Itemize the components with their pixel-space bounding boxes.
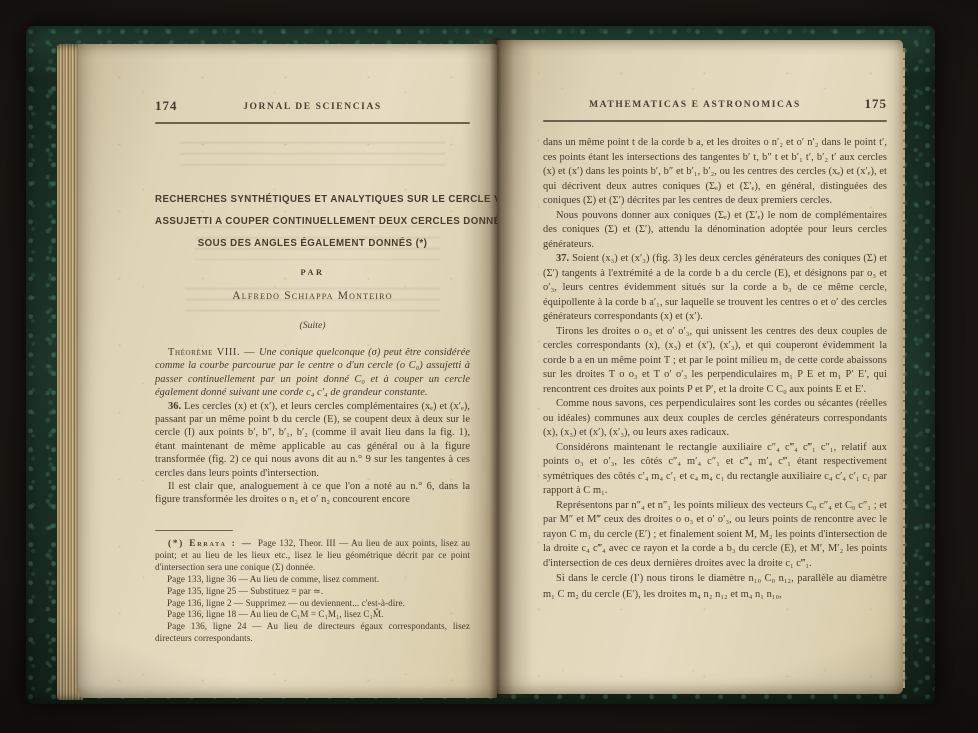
running-header: JORNAL DE SCIENCIAS [155, 102, 470, 112]
right-page: MATHEMATICAS E ASTRONOMICAS 175 dans un … [497, 40, 903, 694]
header-rule [543, 120, 887, 122]
body-paragraph: Tirons les droites o o₃ et o′ o′₃, qui u… [543, 325, 887, 398]
right-page-text-column: MATHEMATICAS E ASTRONOMICAS 175 dans un … [543, 96, 887, 676]
running-header: MATHEMATICAS E ASTRONOMICAS [543, 100, 847, 110]
paragraph-text: Les cercles (x) et (x′), et leurs cercle… [155, 401, 470, 479]
footnote-line: Page 136, ligne 24 — Au lieu de directeu… [155, 621, 470, 645]
theorem-paragraph: Théorème VIII. — Une conique quelconque … [155, 346, 470, 400]
left-body-text: Théorème VIII. — Une conique quelconque … [155, 346, 470, 507]
paragraph-text: Si dans le cercle (I′) nous tirons le di… [543, 573, 887, 600]
paragraph-text: Nous pouvons donner aux coniques (Σₑ) et… [543, 210, 887, 250]
footnote-line: Page 133, ligne 36 — Au lieu de comme, l… [155, 574, 470, 586]
footnote-line: Page 135, ligne 25 — Substituez = par ≃. [155, 586, 470, 598]
paragraph-number: 36. [168, 401, 184, 412]
suite-note: (Suite) [155, 320, 470, 331]
article-title-line-2: ASSUJETTI A COUPER CONTINUELLEMENT DEUX … [155, 216, 470, 227]
open-book-photo: 174 JORNAL DE SCIENCIAS RECHERCHES SYNTH… [0, 0, 978, 733]
show-through-text [180, 142, 445, 168]
article-title-line-3: SOUS DES ANGLES ÉGALEMENT DONNÉS (*) [155, 238, 470, 249]
body-paragraph-36: 36. Les cercles (x) et (x′), et leurs ce… [155, 400, 470, 480]
body-paragraph: Nous pouvons donner aux coniques (Σₑ) et… [543, 209, 887, 253]
article-title-line-1: RECHERCHES SYNTHÉTIQUES ET ANALYTIQUES S… [155, 194, 470, 205]
right-body-text: dans un même point t de la corde b a, et… [543, 136, 887, 602]
body-paragraph: Considérons maintenant le rectangle auxi… [543, 441, 887, 499]
paragraph-text: Il est clair que, analoguement à ce que … [155, 481, 470, 505]
footnote-errata: (*) Errata : — Page 132, Theor. III — Au… [155, 538, 470, 574]
body-paragraph: dans un même point t de la corde b a, et… [543, 136, 887, 209]
footnote-line: Page 136, ligne 2 — Supprimez — ou devie… [155, 598, 470, 610]
body-paragraph: Si dans le cercle (I′) nous tirons le di… [543, 571, 887, 602]
footnote-rule [155, 530, 233, 531]
body-paragraph: Il est clair que, analoguement à ce que … [155, 480, 470, 507]
page-number: 175 [865, 96, 888, 112]
byline-par: PAR [155, 268, 470, 277]
body-paragraph: Comme nous savons, ces perpendiculaires … [543, 397, 887, 441]
author-name: Alfredo Schiappa Monteiro [155, 290, 470, 302]
header-rule [155, 122, 470, 124]
errata-label: (*) Errata : — [168, 538, 258, 548]
paragraph-text: Comme nous savons, ces perpendiculaires … [543, 398, 887, 438]
paragraph-text: dans un même point t de la corde b a, et… [543, 137, 887, 206]
left-page-text-column: 174 JORNAL DE SCIENCIAS RECHERCHES SYNTH… [155, 98, 470, 688]
body-paragraph-37: 37. Soient (x₃) et (x′₃) (fig. 3) les de… [543, 252, 887, 325]
body-paragraph: Représentons par n″₄ et n″₁ les points m… [543, 499, 887, 572]
paragraph-text: Représentons par n″₄ et n″₁ les points m… [543, 500, 887, 569]
paragraph-text: Tirons les droites o o₃ et o′ o′₃, qui u… [543, 326, 887, 395]
paragraph-text: Soient (x₃) et (x′₃) (fig. 3) les deux c… [543, 253, 887, 322]
footnote-line: Page 136, ligne 18 — Au lieu de C₁M = C₁… [155, 609, 470, 621]
footnote: (*) Errata : — Page 132, Theor. III — Au… [155, 538, 470, 645]
paragraph-number: 37. [556, 253, 572, 264]
left-page: 174 JORNAL DE SCIENCIAS RECHERCHES SYNTH… [78, 44, 497, 698]
paragraph-text: Considérons maintenant le rectangle auxi… [543, 442, 887, 497]
theorem-label: Théorème VIII. — [168, 347, 259, 358]
